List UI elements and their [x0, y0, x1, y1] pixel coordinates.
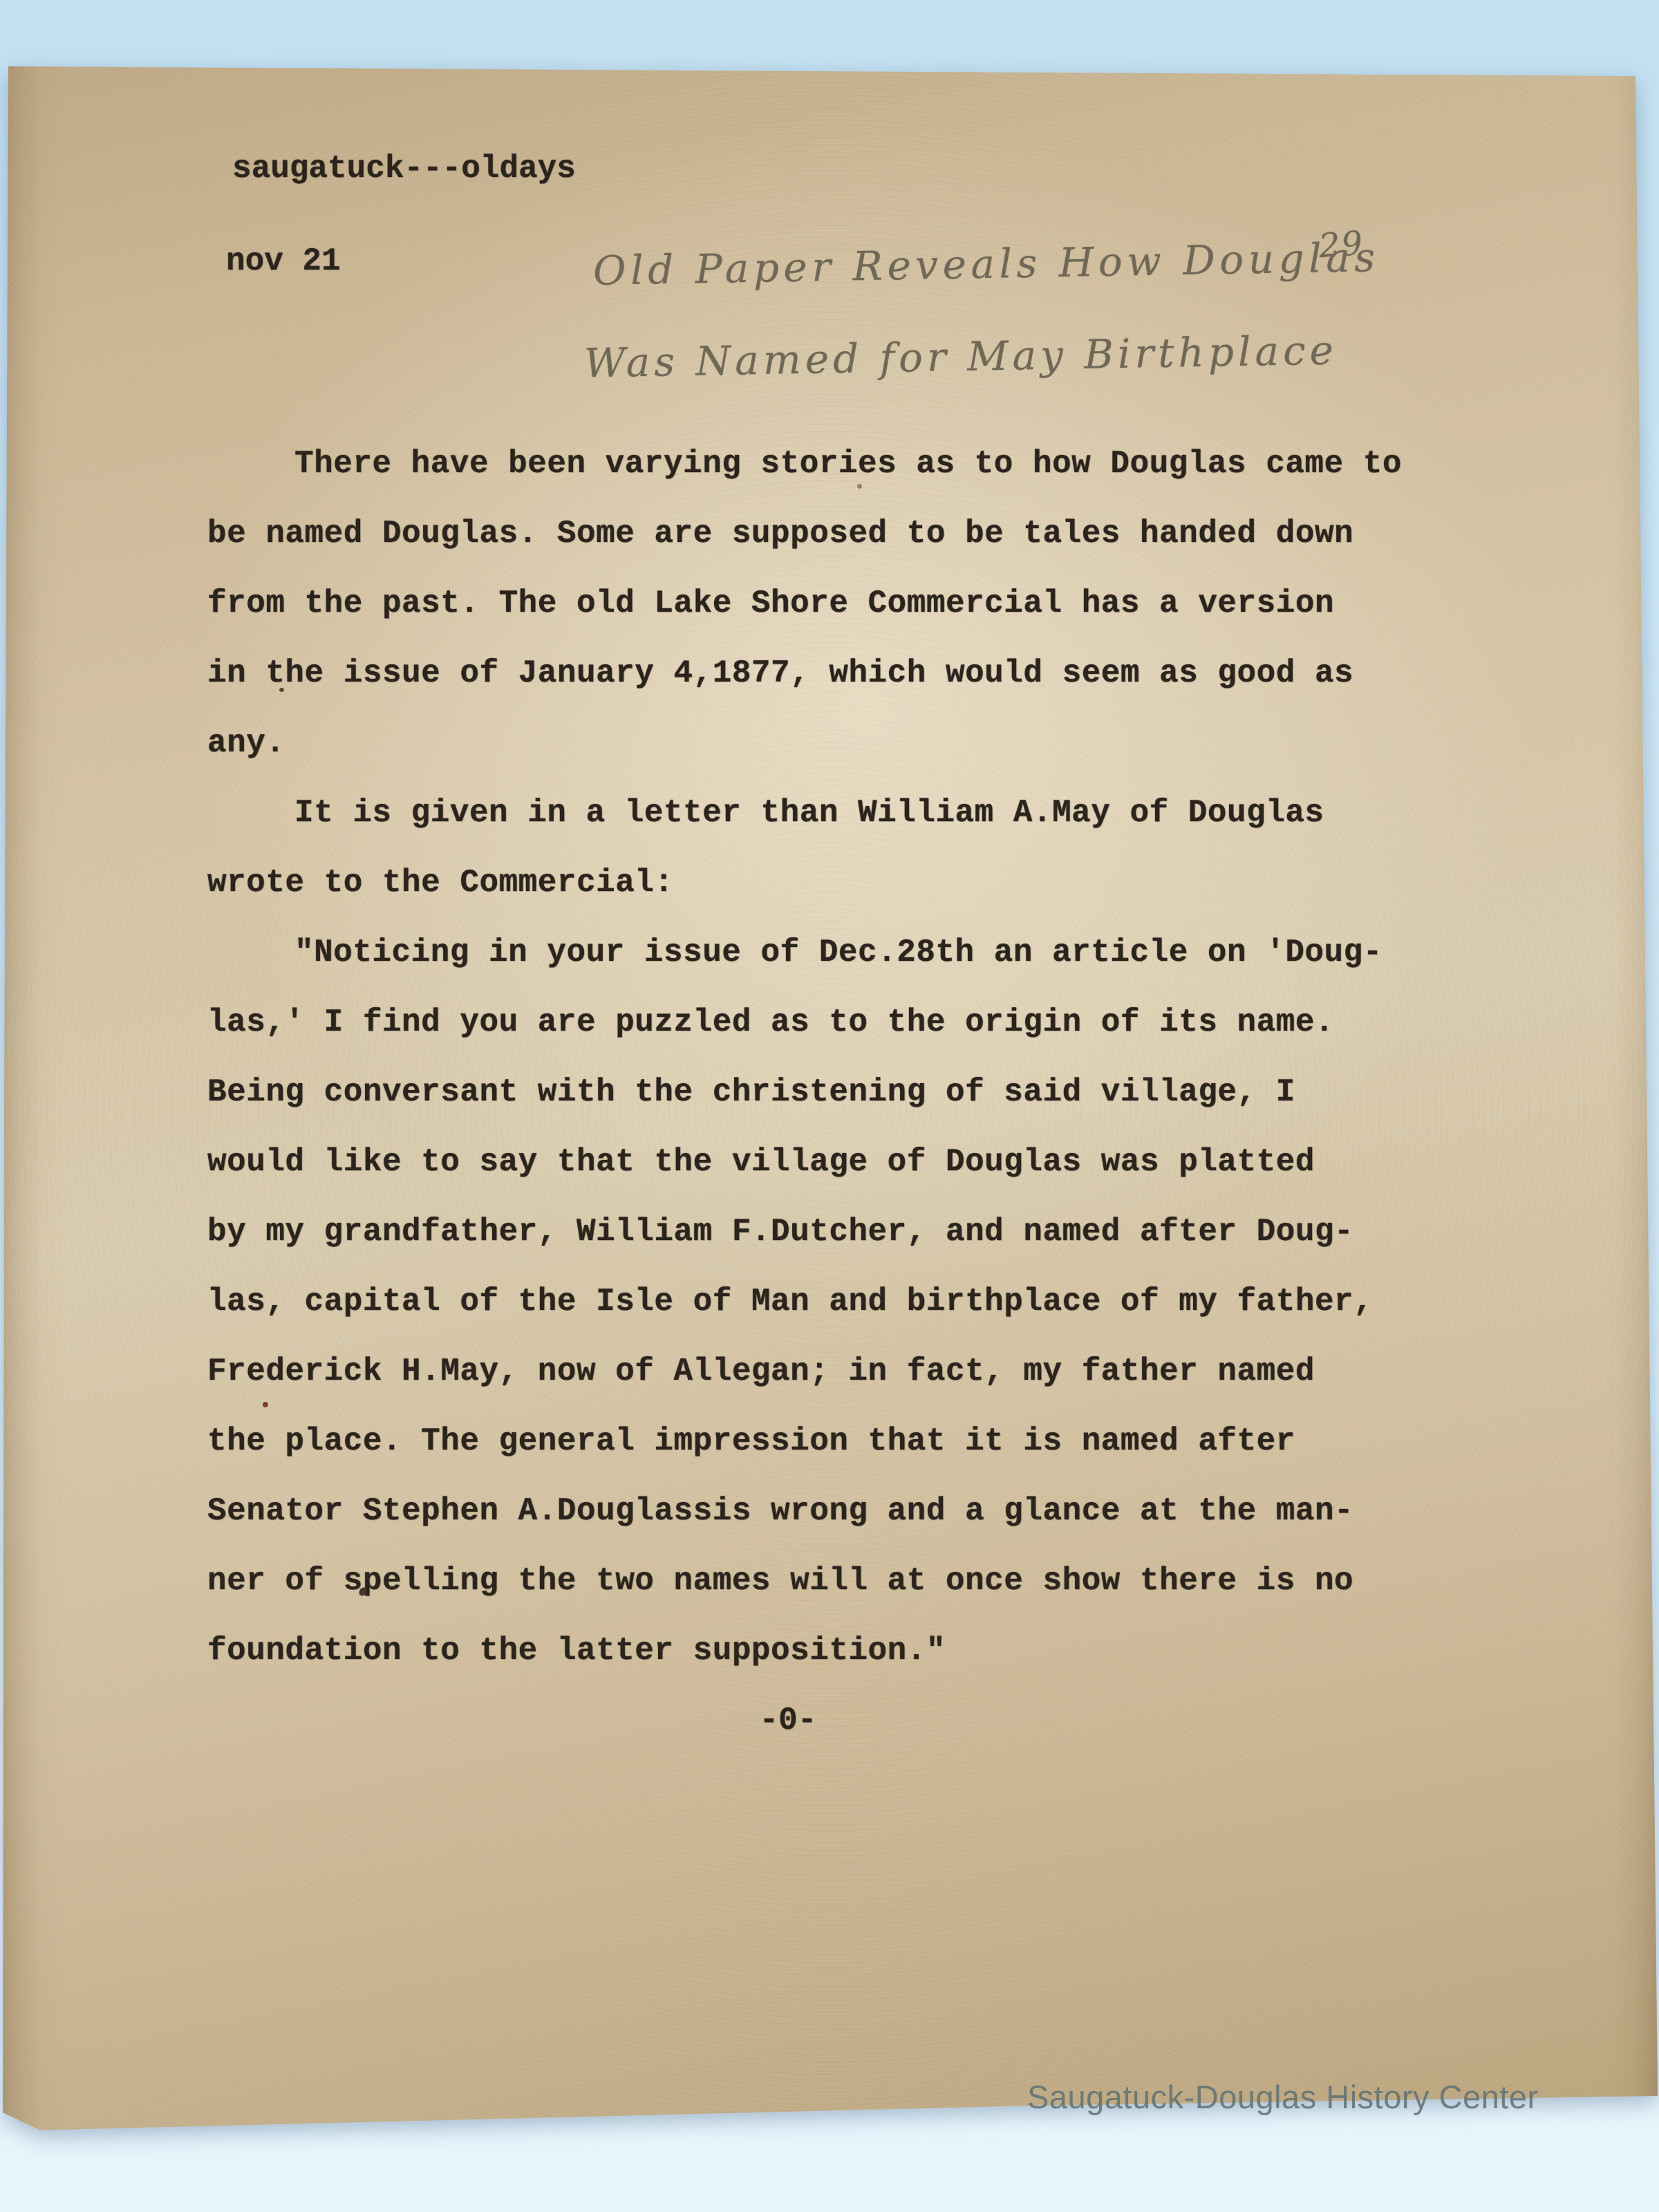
paper-speck [857, 484, 862, 489]
typed-line: ner of spelling the two names will at on… [207, 1563, 1369, 1633]
typed-line: It is given in a letter than William A.M… [207, 795, 1369, 865]
typed-line: las, capital of the Isle of Man and birt… [207, 1284, 1369, 1353]
photo-backdrop: saugatuck---oldays nov 21 Old Paper Reve… [0, 0, 1659, 2212]
end-mark: -0- [207, 1703, 1369, 1738]
typed-line: from the past. The old Lake Shore Commer… [207, 585, 1369, 655]
typed-line: in the issue of January 4,1877, which wo… [207, 655, 1369, 725]
typed-line: There have been varying stories as to ho… [207, 446, 1369, 516]
typed-line: Frederick H.May, now of Allegan; in fact… [207, 1353, 1369, 1423]
history-center-watermark: Saugatuck-Douglas History Center [1027, 2078, 1539, 2116]
date-line: nov 21 [226, 243, 341, 279]
typed-body: There have been varying stories as to ho… [207, 446, 1369, 1703]
slug-line: saugatuck---oldays [232, 151, 576, 187]
typed-line: wrote to the Commercial: [207, 865, 1369, 935]
handwritten-page-number: 29 [1318, 224, 1365, 265]
typed-line: the place. The general impression that i… [207, 1423, 1369, 1493]
typed-line: "Noticing in your issue of Dec.28th an a… [207, 935, 1369, 1004]
typed-line: by my grandfather, William F.Dutcher, an… [207, 1214, 1369, 1284]
typed-line: any. [207, 725, 1369, 795]
paper-speck [279, 688, 284, 692]
typed-line: would like to say that the village of Do… [207, 1144, 1369, 1214]
typed-line: las,' I find you are puzzled as to the o… [207, 1004, 1369, 1074]
typed-line: foundation to the latter supposition." [207, 1633, 1369, 1703]
typed-line: Senator Stephen A.Douglassis wrong and a… [207, 1493, 1369, 1563]
typed-line: be named Douglas. Some are supposed to b… [207, 516, 1369, 585]
paper-speck [263, 1402, 268, 1407]
typed-line: Being conversant with the christening of… [207, 1074, 1369, 1144]
